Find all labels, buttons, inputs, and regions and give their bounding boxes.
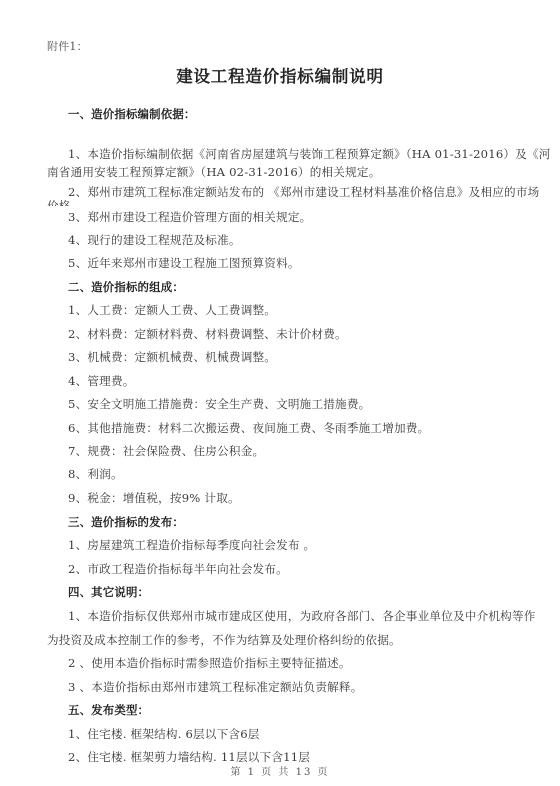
paragraph-basis-1: 1、本造价指标编制依据《河南省房屋建筑与装饰工程预算定额》（HA 01-31-2… xyxy=(68,147,551,161)
paragraph-basis-1-cont: 南省通用安装工程预算定额》（HA 02-31-2016）的相关规定。 xyxy=(47,165,380,179)
document-page: 附件1： 建设工程造价指标编制说明 一、造价指标编制依据： 1、本造价指标编制依… xyxy=(0,0,560,786)
note-paragraph-2: 2 、使用本造价指标时需参照造价指标主要特征描述。 xyxy=(68,656,351,670)
composition-item: 8、利润。 xyxy=(68,467,123,481)
paragraph-basis-4: 4、现行的建设工程规范及标准。 xyxy=(68,233,241,247)
note-paragraph-3: 3 、本造价指标由郑州市建筑工程标准定额站负责解释。 xyxy=(68,680,363,694)
note-paragraph-1-cont: 为投资及成本控制工作的参考，不作为结算及处理价格纠纷的依据。 xyxy=(47,633,401,647)
paragraph-basis-2: 2、郑州市建筑工程标准定额站发布的 《郑州市建设工程材料基准价格信息》及相应的市… xyxy=(68,185,539,199)
paragraph-basis-2-cont-clipped: 价格 xyxy=(47,199,71,206)
composition-item: 6、其他措施费：材料二次搬运费、夜间施工费、冬雨季施工增加费。 xyxy=(68,421,429,435)
section-heading-5: 五、发布类型： xyxy=(68,703,149,717)
composition-item: 4、管理费。 xyxy=(68,374,135,388)
note-paragraph-1: 1、本造价指标仅供郑州市城市建成区使用，为政府各部门、各企事业单位及中介机构等作 xyxy=(68,609,536,623)
page-number-footer: 第 1 页 共 13 页 xyxy=(0,766,560,780)
composition-item: 5、安全文明施工措施费：安全生产费、文明施工措施费。 xyxy=(68,397,370,411)
release-type-item: 1、住宅楼. 框架结构. 6层以下含6层 xyxy=(68,727,260,741)
composition-item: 2、材料费：定额材料费、材料费调整、未计价材费。 xyxy=(68,327,347,341)
release-type-item: 2、住宅楼. 框架剪力墙结构. 11层以下含11层 xyxy=(68,750,310,764)
document-title: 建设工程造价指标编制说明 xyxy=(0,70,560,84)
paragraph-basis-5: 5、近年来郑州市建设工程施工图预算资料。 xyxy=(68,256,300,270)
publication-item: 2、市政工程造价指标每半年向社会发布。 xyxy=(68,562,288,576)
section-heading-1: 一、造价指标编制依据： xyxy=(68,107,196,121)
section-heading-4: 四、其它说明： xyxy=(68,585,149,599)
attachment-label: 附件1： xyxy=(47,40,88,54)
paragraph-basis-3: 3、郑州市建设工程造价管理方面的相关规定。 xyxy=(68,210,311,224)
composition-item: 7、规费：社会保险费、住房公积金。 xyxy=(68,444,264,458)
composition-item: 1、人工费：定额人工费、人工费调整。 xyxy=(68,303,276,317)
composition-item: 9、税金：增值税，按9% 计取。 xyxy=(68,491,240,505)
section-heading-3: 三、造价指标的发布： xyxy=(68,515,184,529)
publication-item: 1、房屋建筑工程造价指标每季度向社会发布 。 xyxy=(68,538,315,552)
section-heading-2: 二、造价指标的组成： xyxy=(68,280,184,294)
composition-item: 3、机械费：定额机械费、机械费调整。 xyxy=(68,350,276,364)
